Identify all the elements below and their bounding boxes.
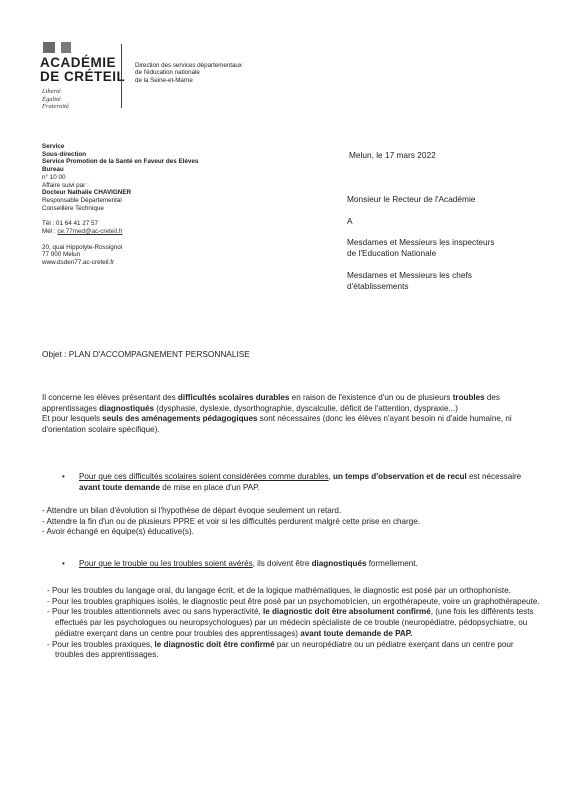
recipient-inspecteurs: Mesdames et Messieurs les inspecteurs de… [347, 237, 495, 258]
email-label: Mél : [42, 228, 57, 235]
affaire-label: Affaire suivi par : [42, 182, 198, 190]
academie-logo: ACADÉMIE DE CRÉTEIL [40, 56, 125, 84]
list-item: - Avoir échangé en équipe(s) éducative(s… [42, 527, 542, 538]
motto-liberte: Liberté [42, 88, 69, 96]
bullet-icon: • [62, 559, 65, 568]
service-label: Service [42, 143, 198, 151]
motto-fraternite: Fraternité [42, 103, 69, 111]
bureau-label: Bureau [42, 166, 198, 174]
republic-motto: Liberté Égalité Fraternité [42, 88, 69, 111]
reference-number: n° 10 00 [42, 174, 198, 182]
direction-line: de la Seine-et-Marne [135, 77, 242, 84]
marianne-flag-icon [43, 42, 73, 53]
website-link[interactable]: www.dsden77.ac-creteil.fr [42, 259, 198, 267]
letter-from: Monsieur le Recteur de l'Académie [347, 194, 475, 205]
list-item: - Attendre un bilan d'évolution si l'hyp… [42, 506, 542, 517]
contact-role: Responsable Départemental [42, 197, 198, 205]
section1-list: - Attendre un bilan d'évolution si l'hyp… [42, 506, 542, 538]
section2-list: - Pour les troubles du langage oral, du … [42, 586, 542, 661]
letter-subject: Objet : PLAN D'ACCOMPAGNEMENT PERSONNALI… [42, 349, 250, 359]
recipient-line: Mesdames et Messieurs les chefs [347, 270, 472, 281]
direction-heading: Direction des services départementaux de… [135, 62, 242, 84]
list-item: - Pour les troubles graphiques isolés, l… [42, 597, 542, 608]
recipient-line: Mesdames et Messieurs les inspecteurs [347, 237, 495, 248]
address-line: 20, quai Hippolyte-Rossignol [42, 244, 198, 252]
section2-heading: Pour que le trouble ou les troubles soie… [79, 559, 539, 570]
letter-to-label: A [347, 216, 353, 227]
sous-direction-label: Sous-direction [42, 151, 198, 159]
letter-date: Melun, le 17 mars 2022 [349, 150, 436, 161]
recipient-chefs: Mesdames et Messieurs les chefs d'établi… [347, 270, 472, 291]
bullet-icon: • [62, 472, 65, 481]
direction-line: Direction des services départementaux [135, 62, 242, 69]
email-line: Mél : ce.77med@ac-creteil.fr [42, 228, 198, 236]
logo-line1: ACADÉMIE [40, 56, 125, 70]
list-item: - Attendre la fin d'un ou de plusieurs P… [42, 517, 542, 528]
service-name: Service Promotion de la Santé en Faveur … [42, 158, 198, 166]
recipient-line: de l'Education Nationale [347, 248, 495, 259]
list-item: - Pour les troubles du langage oral, du … [42, 586, 542, 597]
sender-block: Service Sous-direction Service Promotion… [42, 143, 198, 267]
list-item: - Pour les troubles attentionnels avec o… [42, 607, 542, 639]
recipient-line: d'établissements [347, 281, 472, 292]
list-item: - Pour les troubles praxiques, le diagno… [42, 640, 542, 661]
email-link[interactable]: ce.77med@ac-creteil.fr [57, 228, 122, 235]
logo-line2: DE CRÉTEIL [40, 70, 125, 84]
intro-paragraph: Il concerne les élèves présentant des di… [42, 393, 542, 436]
phone: Tél : 01 64 41 27 57 [42, 220, 198, 228]
motto-egalite: Égalité [42, 96, 69, 104]
contact-person: Docteur Nathalie CHAVIGNER [42, 189, 198, 197]
direction-line: de l'éducation nationale [135, 69, 242, 76]
address-line: 77 000 Melun [42, 251, 198, 259]
header-divider [121, 44, 122, 108]
contact-role: Conseillère Technique [42, 205, 198, 213]
section1-heading: Pour que ces difficultés scolaires soien… [79, 472, 539, 493]
